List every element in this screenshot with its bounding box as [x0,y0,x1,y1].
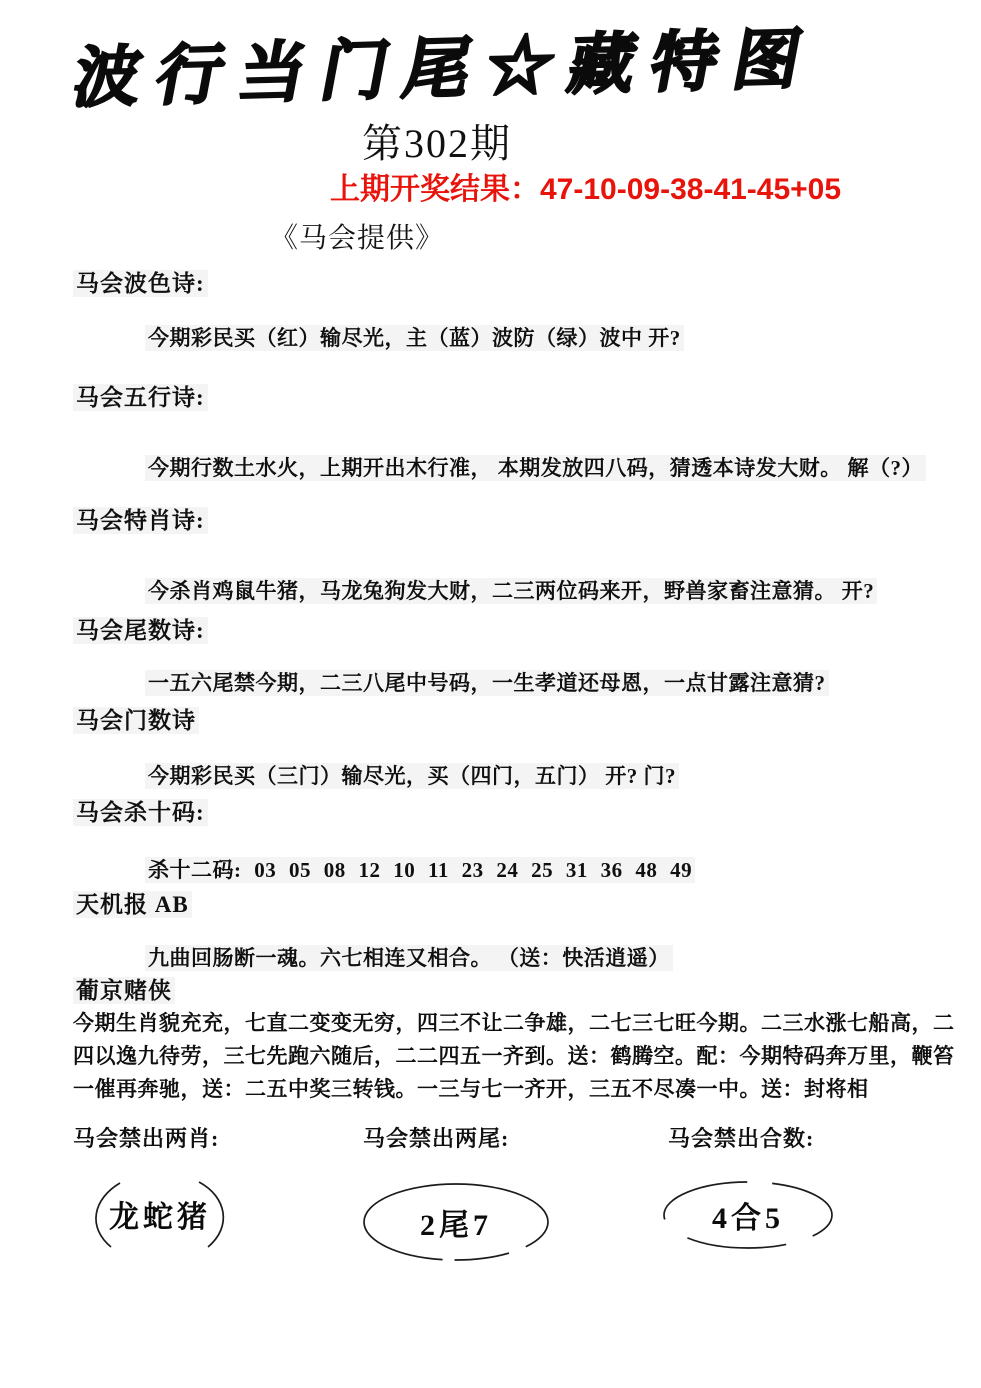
section-heading-wave-color-poem: 马会波色诗: [73,265,208,298]
ban-label-sum-number: 马会禁出合数: [668,1122,814,1153]
pujing-paragraph-line-1: 今期生肖貌充充，七直二变变无穷，四三不让二争雄，二七三七旺今期。二三水涨七船高，… [73,1007,918,1040]
kill-twelve-codes-line: 杀十二码: 03 05 08 12 10 11 23 24 25 31 36 4… [145,854,695,884]
section-heading-gate-number-poem: 马会门数诗 [73,702,199,735]
poem-line-five-elements: 今期行数土水火，上期开出木行准， 本期发放四八码，猜透本诗发大财。 解（?） [145,452,926,482]
poem-line-gate-number: 今期彩民买（三门）输尽光，买（四门，五门） 开? 门? [145,760,679,790]
poem-line-tail-number: 一五六尾禁今期，二三八尾中号码，一生孝道还母恩，一点甘露注意猜? [145,667,829,697]
pujing-paragraph: 今期生肖貌充充，七直二变变无穷，四三不让二争雄，二七三七旺今期。二三水涨七船高，… [73,1007,918,1106]
ban-oval-two-tails: 2尾7 [356,1180,556,1264]
pujing-paragraph-line-3: 一催再奔驰，送：二五中奖三转钱。一三与七一齐开，三五不尽凑一中。送：封将相 [73,1073,918,1106]
pujing-paragraph-line-2: 四以逸九待劳，三七先跑六随后，二二四五一齐到。送：鹤腾空。配：今期特码奔万里，鞭… [73,1040,918,1073]
last-draw-numbers: 47-10-09-38-41-45+05 [540,173,841,206]
ban-label-two-tails: 马会禁出两尾: [363,1122,509,1153]
section-heading-pujing-gambler: 葡京赌侠 [73,972,175,1005]
section-heading-kill-ten-codes: 马会杀十码: [73,794,208,827]
last-draw-label: 上期开奖结果： [330,173,540,206]
section-heading-special-zodiac-poem: 马会特肖诗: [73,502,208,535]
provider-note: 《马会提供》 [270,216,444,256]
ban-value-sum-number: 4合5 [712,1193,784,1237]
ban-value-two-tails: 2尾7 [420,1200,492,1244]
ban-label-two-zodiacs: 马会禁出两肖: [73,1122,219,1153]
ban-oval-two-zodiacs: 龙蛇猪 [76,1176,244,1252]
tip-sheet-page: 波行当门尾☆藏特图 第302期 上期开奖结果：47-10-09-38-41-45… [0,0,981,1388]
issue-number: 第302期 [362,112,512,169]
poem-line-special-zodiac: 今杀肖鸡鼠牛猪，马龙兔狗发大财，二三两位码来开，野兽家畜注意猜。 开? [145,575,877,605]
ban-value-two-zodiacs: 龙蛇猪 [109,1192,211,1236]
page-title: 波行当门尾☆藏特图 [67,3,909,119]
section-heading-five-elements-poem: 马会五行诗: [73,379,208,412]
tianji-report-line: 九曲回肠断一魂。六七相连又相合。 （送：快活逍遥） [145,942,673,972]
section-heading-tail-number-poem: 马会尾数诗: [73,612,208,645]
last-draw-result: 上期开奖结果：47-10-09-38-41-45+05 [328,162,849,210]
section-heading-tianji-report-ab: 天机报 AB [73,886,192,919]
ban-oval-sum-number: 4合5 [658,1178,838,1252]
poem-line-wave-color: 今期彩民买（红）输尽光，主（蓝）波防（绿）波中 开? [145,322,684,352]
